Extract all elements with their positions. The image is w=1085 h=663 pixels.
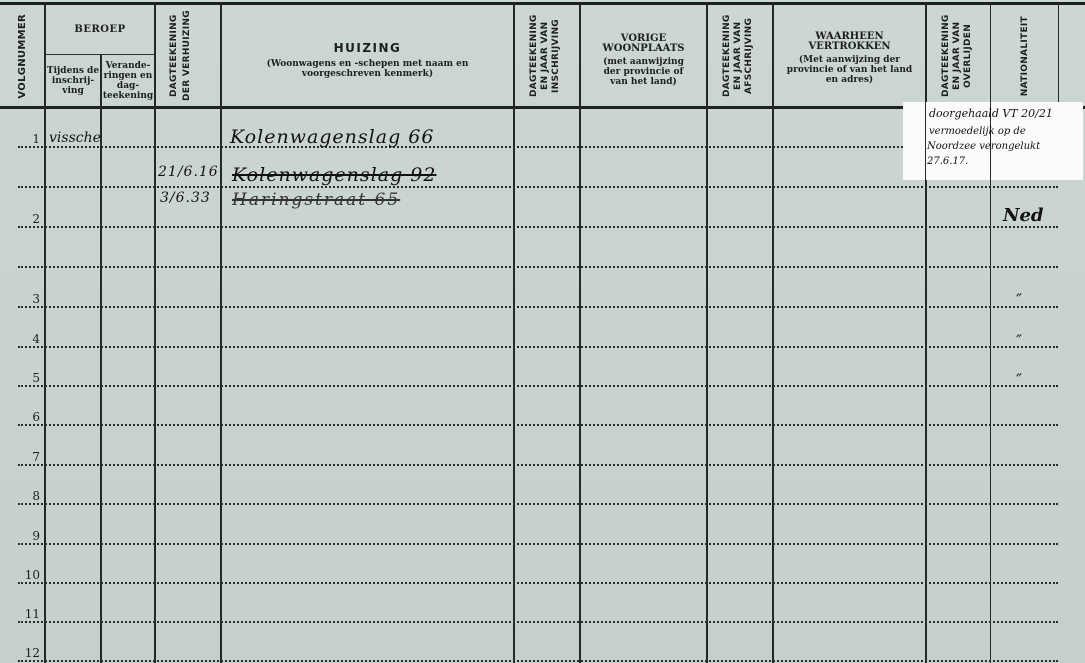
annotation-patch: doorgehaald VT 20/21 vermoedelijk op de … [903, 102, 1083, 180]
col-divider [925, 102, 926, 180]
annotation-line: 27.6.17. [927, 154, 968, 169]
row-line [18, 266, 1058, 268]
row-line [18, 543, 1058, 545]
row-number: 7 [0, 450, 40, 464]
huizing-entry-struck: Kolenwagenslag 92 [232, 164, 436, 186]
row-number: 2 [0, 212, 40, 226]
row-line [18, 385, 1058, 387]
ditto-mark: ″ [1016, 290, 1022, 309]
register-page: VOLGNUMMER BEROEP Tijdens de inschrij-vi… [0, 0, 1085, 663]
row-line [18, 186, 1058, 188]
huizing-entry-struck: Haringstraat 65 [232, 190, 400, 210]
header-vorige-woonplaats: VORIGE WOONPLAATS (met aanwijzing der pr… [581, 20, 706, 100]
ditto-mark: ″ [1016, 331, 1022, 350]
beroep-subdivider [44, 54, 154, 55]
row-line [18, 226, 1058, 228]
header-huizing: HUIZING (Woonwagens en -schepen met naam… [222, 30, 513, 90]
beroep-entry: vissche [49, 130, 101, 146]
ditto-mark: ″ [1016, 370, 1022, 389]
row-line [18, 306, 1058, 308]
row-line [18, 582, 1058, 584]
row-line [18, 346, 1058, 348]
row-line [18, 660, 1058, 662]
header-dag-afschrijving: DAGTEEKENING EN JAAR VAN AFSCHRIJVING [708, 6, 772, 106]
header-waarheen: WAARHEEN VERTROKKEN (Met aanwijzing der … [774, 18, 925, 98]
row-number: 10 [0, 568, 40, 582]
annotation-line: Noordzee verongelukt [927, 139, 1040, 154]
header-volgnummer: VOLGNUMMER [0, 6, 44, 106]
header-nationaliteit: NATIONALITEIT [992, 6, 1058, 106]
header-dagteekening-verhuizing: DAGTEEKENING DER VERHUIZING [156, 6, 220, 106]
row-number: 12 [0, 646, 40, 660]
header-beroep-veranderingen: Verande-ringen en dag-teekening [102, 56, 154, 106]
row-number: 5 [0, 371, 40, 385]
verhuizing-date-entry: 21/6.16 [158, 164, 219, 180]
row-line [18, 424, 1058, 426]
top-border [0, 2, 1085, 5]
row-number: 11 [0, 607, 40, 621]
row-number: 3 [0, 292, 40, 306]
annotation-line: vermoedelijk op de [929, 124, 1026, 139]
row-number: 1 [0, 132, 40, 146]
row-number: 9 [0, 529, 40, 543]
row-line [18, 146, 1058, 148]
header-beroep: BEROEP [46, 8, 154, 52]
col-divider [220, 4, 222, 663]
row-line [18, 621, 1058, 623]
huizing-entry: Kolenwagenslag 66 [230, 126, 434, 148]
row-number: 8 [0, 489, 40, 503]
col-divider [579, 4, 581, 663]
col-divider [1058, 4, 1059, 104]
header-dag-inschrijving: DAGTEEKENING EN JAAR VAN INSCHRIJVING [515, 6, 579, 106]
row-number: 4 [0, 332, 40, 346]
nationaliteit-entry: Ned [1003, 205, 1044, 226]
verhuizing-date-entry: 3/6.33 [160, 190, 211, 206]
col-divider [772, 4, 774, 663]
header-dag-overlijden: DAGTEEKENING EN JAAR VAN OVERLIJDEN [927, 6, 990, 106]
row-line [18, 503, 1058, 505]
row-line [18, 464, 1058, 466]
header-beroep-tijdens: Tijdens de inschrij-ving [46, 56, 100, 106]
row-number: 6 [0, 410, 40, 424]
annotation-line: doorgehaald VT 20/21 [929, 106, 1053, 121]
